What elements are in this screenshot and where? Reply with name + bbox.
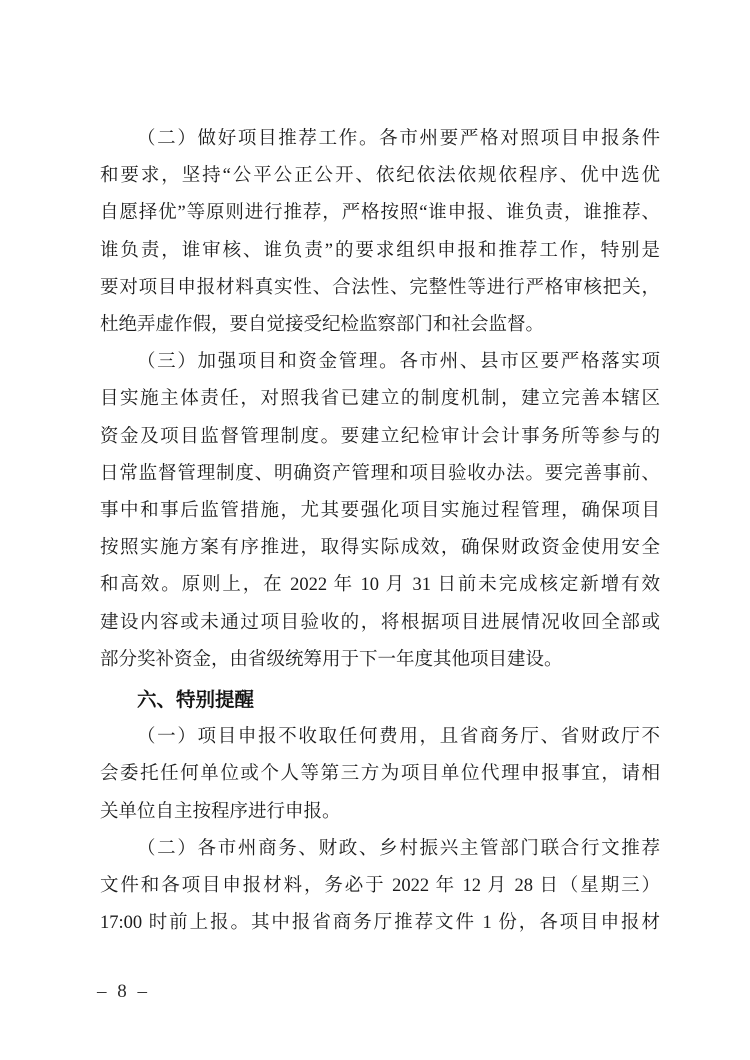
text-line: 部分奖补资金，由省级统筹用于下一年度其他项目建设。 <box>100 642 660 679</box>
text-line: 杜绝弄虚作假，要自觉接受纪检监察部门和社会监督。 <box>100 307 660 344</box>
document-body: （二）做好项目推荐工作。各市州要严格对照项目申报条件 和要求，坚持“公平公正公开… <box>100 121 660 942</box>
text-line: 自愿择优”等原则进行推荐，严格按照“谁申报、谁负责，谁推荐、 <box>100 195 660 232</box>
text-line: 和高效。原则上，在 2022 年 10 月 31 日前未完成核定新增有效 <box>100 567 660 604</box>
text-line: 资金及项目监督管理制度。要建立纪检审计会计事务所等参与的 <box>100 419 660 456</box>
paragraph-item-2: （二）做好项目推荐工作。各市州要严格对照项目申报条件 和要求，坚持“公平公正公开… <box>100 121 660 344</box>
text-line: 事中和事后监管措施，尤其要强化项目实施过程管理，确保项目 <box>100 493 660 530</box>
text-line: （一）项目申报不收取任何费用，且省商务厅、省财政厅不 <box>100 719 660 756</box>
text-line: 会委托任何单位或个人等第三方为项目单位代理申报事宜，请相 <box>100 756 660 793</box>
document-page: （二）做好项目推荐工作。各市州要严格对照项目申报条件 和要求，坚持“公平公正公开… <box>0 0 750 1060</box>
section-heading-special-reminder: 六、特别提醒 <box>100 679 660 719</box>
text-line: 目实施主体责任，对照我省已建立的制度机制，建立完善本辖区 <box>100 381 660 418</box>
text-line: 建设内容或未通过项目验收的，将根据项目进展情况收回全部或 <box>100 605 660 642</box>
text-line: 17:00 时前上报。其中报省商务厅推荐文件 1 份，各项目申报材 <box>100 905 660 942</box>
text-line: 要对项目申报材料真实性、合法性、完整性等进行严格审核把关， <box>100 270 660 307</box>
text-line: 日常监督管理制度、明确资产管理和项目验收办法。要完善事前、 <box>100 456 660 493</box>
text-line: 文件和各项目申报材料，务必于 2022 年 12 月 28 日（星期三） <box>100 868 660 905</box>
paragraph-item-3: （三）加强项目和资金管理。各市州、县市区要严格落实项 目实施主体责任，对照我省已… <box>100 344 660 679</box>
text-line: 谁负责，谁审核、谁负责”的要求组织申报和推荐工作，特别是 <box>100 233 660 270</box>
text-line: 和要求，坚持“公平公正公开、依纪依法依规依程序、优中选优 <box>100 158 660 195</box>
text-line: （二）各市州商务、财政、乡村振兴主管部门联合行文推荐 <box>100 831 660 868</box>
paragraph-reminder-1: （一）项目申报不收取任何费用，且省商务厅、省财政厅不 会委托任何单位或个人等第三… <box>100 719 660 831</box>
page-number: – 8 – <box>97 981 150 1003</box>
text-line: 按照实施方案有序推进，取得实际成效，确保财政资金使用安全 <box>100 530 660 567</box>
text-line: 关单位自主按程序进行申报。 <box>100 794 660 831</box>
text-line: （三）加强项目和资金管理。各市州、县市区要严格落实项 <box>100 344 660 381</box>
paragraph-reminder-2: （二）各市州商务、财政、乡村振兴主管部门联合行文推荐 文件和各项目申报材料，务必… <box>100 831 660 943</box>
text-line: （二）做好项目推荐工作。各市州要严格对照项目申报条件 <box>100 121 660 158</box>
